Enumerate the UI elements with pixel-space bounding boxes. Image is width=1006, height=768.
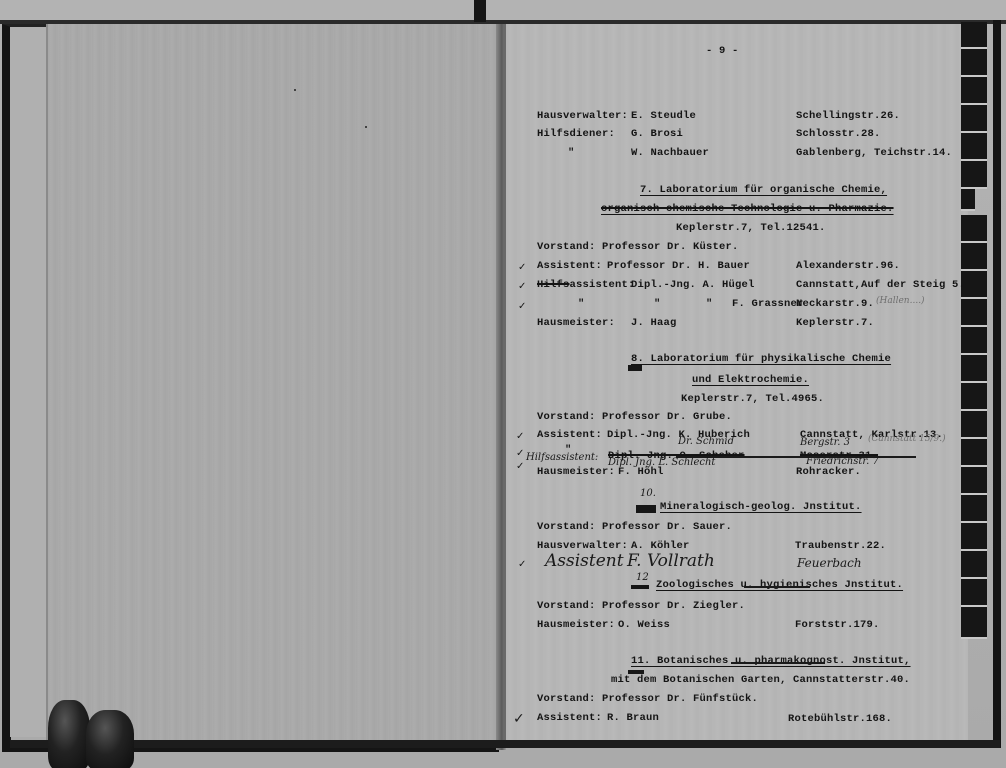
- index-tab[interactable]: [961, 523, 987, 551]
- index-tab[interactable]: [961, 551, 987, 579]
- check-mark: ✓: [513, 711, 525, 727]
- entry-address: Schellingstr.26.: [796, 110, 900, 122]
- section-8-subtitle: und Elektrochemie.: [692, 374, 809, 386]
- section-7-title: 7. Laboratorium für organische Chemie,: [640, 184, 887, 196]
- ditto-mark: ": [568, 147, 575, 159]
- check-mark: ✓: [518, 281, 526, 292]
- handwritten-address: Feuerbach: [797, 556, 862, 570]
- entry-address: Rohracker.: [796, 466, 861, 478]
- handwritten-role: Hilfsassistent:: [526, 452, 598, 463]
- entry-address: Cannstatt,Auf der Steig 5.: [796, 279, 965, 291]
- entry-name: E. Steudle: [631, 110, 696, 122]
- check-mark: ✓: [516, 448, 524, 459]
- pencil-note: (Cannstatt 15/9.): [868, 434, 946, 444]
- section-11-subtitle: mit dem Botanischen Garten, Cannstatters…: [611, 674, 910, 686]
- index-tab[interactable]: [961, 299, 987, 327]
- struck-text: organisch-chemische Technologie u. Pharm…: [601, 203, 894, 215]
- entry-role: Hausmeister:: [537, 466, 615, 478]
- section-8-title: 8. Laboratorium für physikalische Chemie: [631, 353, 891, 365]
- section-11-vorstand: Vorstand: Professor Dr. Fünfstück.: [537, 693, 758, 705]
- section-7-vorstand: Vorstand: Professor Dr. Küster.: [537, 241, 739, 253]
- entry-role: Hilfsassistent:: [537, 279, 635, 291]
- ditto-mark: ": [578, 298, 585, 310]
- index-tab[interactable]: [961, 383, 987, 411]
- section-7-address: Keplerstr.7, Tel.12541.: [676, 222, 826, 234]
- entry-address: Gablenberg, Teichstr.14.: [796, 147, 952, 159]
- entry-name: G. Brosi: [631, 128, 683, 140]
- section-11-title: 11. Botanisches u. pharmakognost. Jnstit…: [631, 655, 911, 667]
- check-mark: ✓: [518, 301, 526, 312]
- index-tab[interactable]: [961, 467, 987, 495]
- binder-bottom-edge: [10, 740, 1000, 748]
- index-tab[interactable]: [961, 105, 987, 133]
- index-tab[interactable]: [961, 215, 987, 243]
- index-tab[interactable]: [961, 439, 987, 467]
- index-tab[interactable]: [961, 189, 975, 211]
- handwritten-name: Dr. Schmid: [678, 436, 734, 447]
- index-tab[interactable]: [961, 22, 987, 49]
- entry-name: W. Nachbauer: [631, 147, 709, 159]
- entry-role: Hausverwalter:: [537, 110, 628, 122]
- entry-name: " " F. Grassner: [654, 298, 804, 310]
- entry-role: Hausmeister:: [537, 317, 615, 329]
- section-8-vorstand: Vorstand: Professor Dr. Grube.: [537, 411, 732, 423]
- handwritten-name: F. Vollrath: [627, 551, 715, 571]
- struck-text: Hilfs: [537, 279, 570, 291]
- section-9-title: Mineralogisch-geolog. Jnstitut.: [660, 501, 862, 513]
- entry-name: Dipl.-Jng. A. Hügel: [631, 279, 755, 291]
- ink-blot: [636, 505, 656, 513]
- section-8-address: Keplerstr.7, Tel.4965.: [681, 393, 824, 405]
- entry-address: Rotebühlstr.168.: [788, 713, 892, 725]
- entry-address: Keplerstr.7.: [796, 317, 874, 329]
- entry-name: O. Weiss: [618, 619, 670, 631]
- entry-address: Alexanderstr.96.: [796, 260, 900, 272]
- index-tab[interactable]: [961, 411, 987, 439]
- check-mark: ✓: [516, 461, 524, 472]
- check-mark: ✓: [516, 431, 524, 442]
- finger: [48, 700, 90, 768]
- index-tab[interactable]: [961, 243, 987, 271]
- handwritten-number: 10.: [640, 488, 656, 499]
- index-tab[interactable]: [961, 77, 987, 105]
- index-tab[interactable]: [961, 607, 987, 639]
- section-10-title: Zoologisches u. hygienisches Jnstitut.: [656, 579, 903, 591]
- entry-role: Assistent:: [537, 260, 602, 272]
- section-7-subtitle: organisch-chemische Technologie u. Pharm…: [601, 203, 894, 215]
- ink-blot: [631, 585, 649, 589]
- check-mark: ✓: [518, 559, 526, 570]
- ink-blot: [628, 365, 642, 371]
- index-tab[interactable]: [961, 355, 987, 383]
- speck: [365, 126, 367, 128]
- entry-name: R. Braun: [607, 712, 659, 724]
- index-tab-strip: [961, 22, 989, 638]
- check-mark: ✓: [518, 262, 526, 273]
- pencil-note: (Hallen....): [876, 296, 925, 306]
- entry-name: Professor Dr. H. Bauer: [607, 260, 750, 272]
- index-tab[interactable]: [961, 327, 987, 355]
- handwritten-number: 12: [636, 572, 649, 583]
- section-10-vorstand: Vorstand: Professor Dr. Ziegler.: [537, 600, 745, 612]
- index-tab[interactable]: [961, 495, 987, 523]
- handwritten-address: Bergstr. 3: [800, 437, 850, 448]
- page-left-blank: [46, 24, 502, 740]
- holding-fingers: [46, 698, 156, 768]
- index-tab[interactable]: [961, 161, 987, 189]
- entry-address: Schlosstr.28.: [796, 128, 881, 140]
- index-tab[interactable]: [961, 49, 987, 77]
- finger: [86, 710, 134, 768]
- entry-name: J. Haag: [631, 317, 677, 329]
- entry-role: Hausmeister:: [537, 619, 615, 631]
- binder-cover-right: [993, 20, 1001, 748]
- binder-spine-post: [474, 0, 486, 22]
- entry-name: F. Höhl: [618, 466, 664, 478]
- entry-address: Forststr.179.: [795, 619, 880, 631]
- strike-line: [731, 662, 825, 664]
- section-9-vorstand: Vorstand: Professor Dr. Sauer.: [537, 521, 732, 533]
- speck: [294, 89, 296, 91]
- handwritten-role: Assistent: [545, 551, 624, 571]
- entry-role: Hilfsdiener:: [537, 128, 615, 140]
- entry-role: Assistent:: [537, 712, 602, 724]
- entry-address: Traubenstr.22.: [795, 540, 886, 552]
- page-number: - 9 -: [706, 45, 739, 57]
- entry-address: Neckarstr.9.: [796, 298, 874, 310]
- index-tab[interactable]: [961, 579, 987, 607]
- index-tab[interactable]: [961, 133, 987, 161]
- entry-role: Assistent:: [537, 429, 602, 441]
- strike-line: [744, 586, 810, 588]
